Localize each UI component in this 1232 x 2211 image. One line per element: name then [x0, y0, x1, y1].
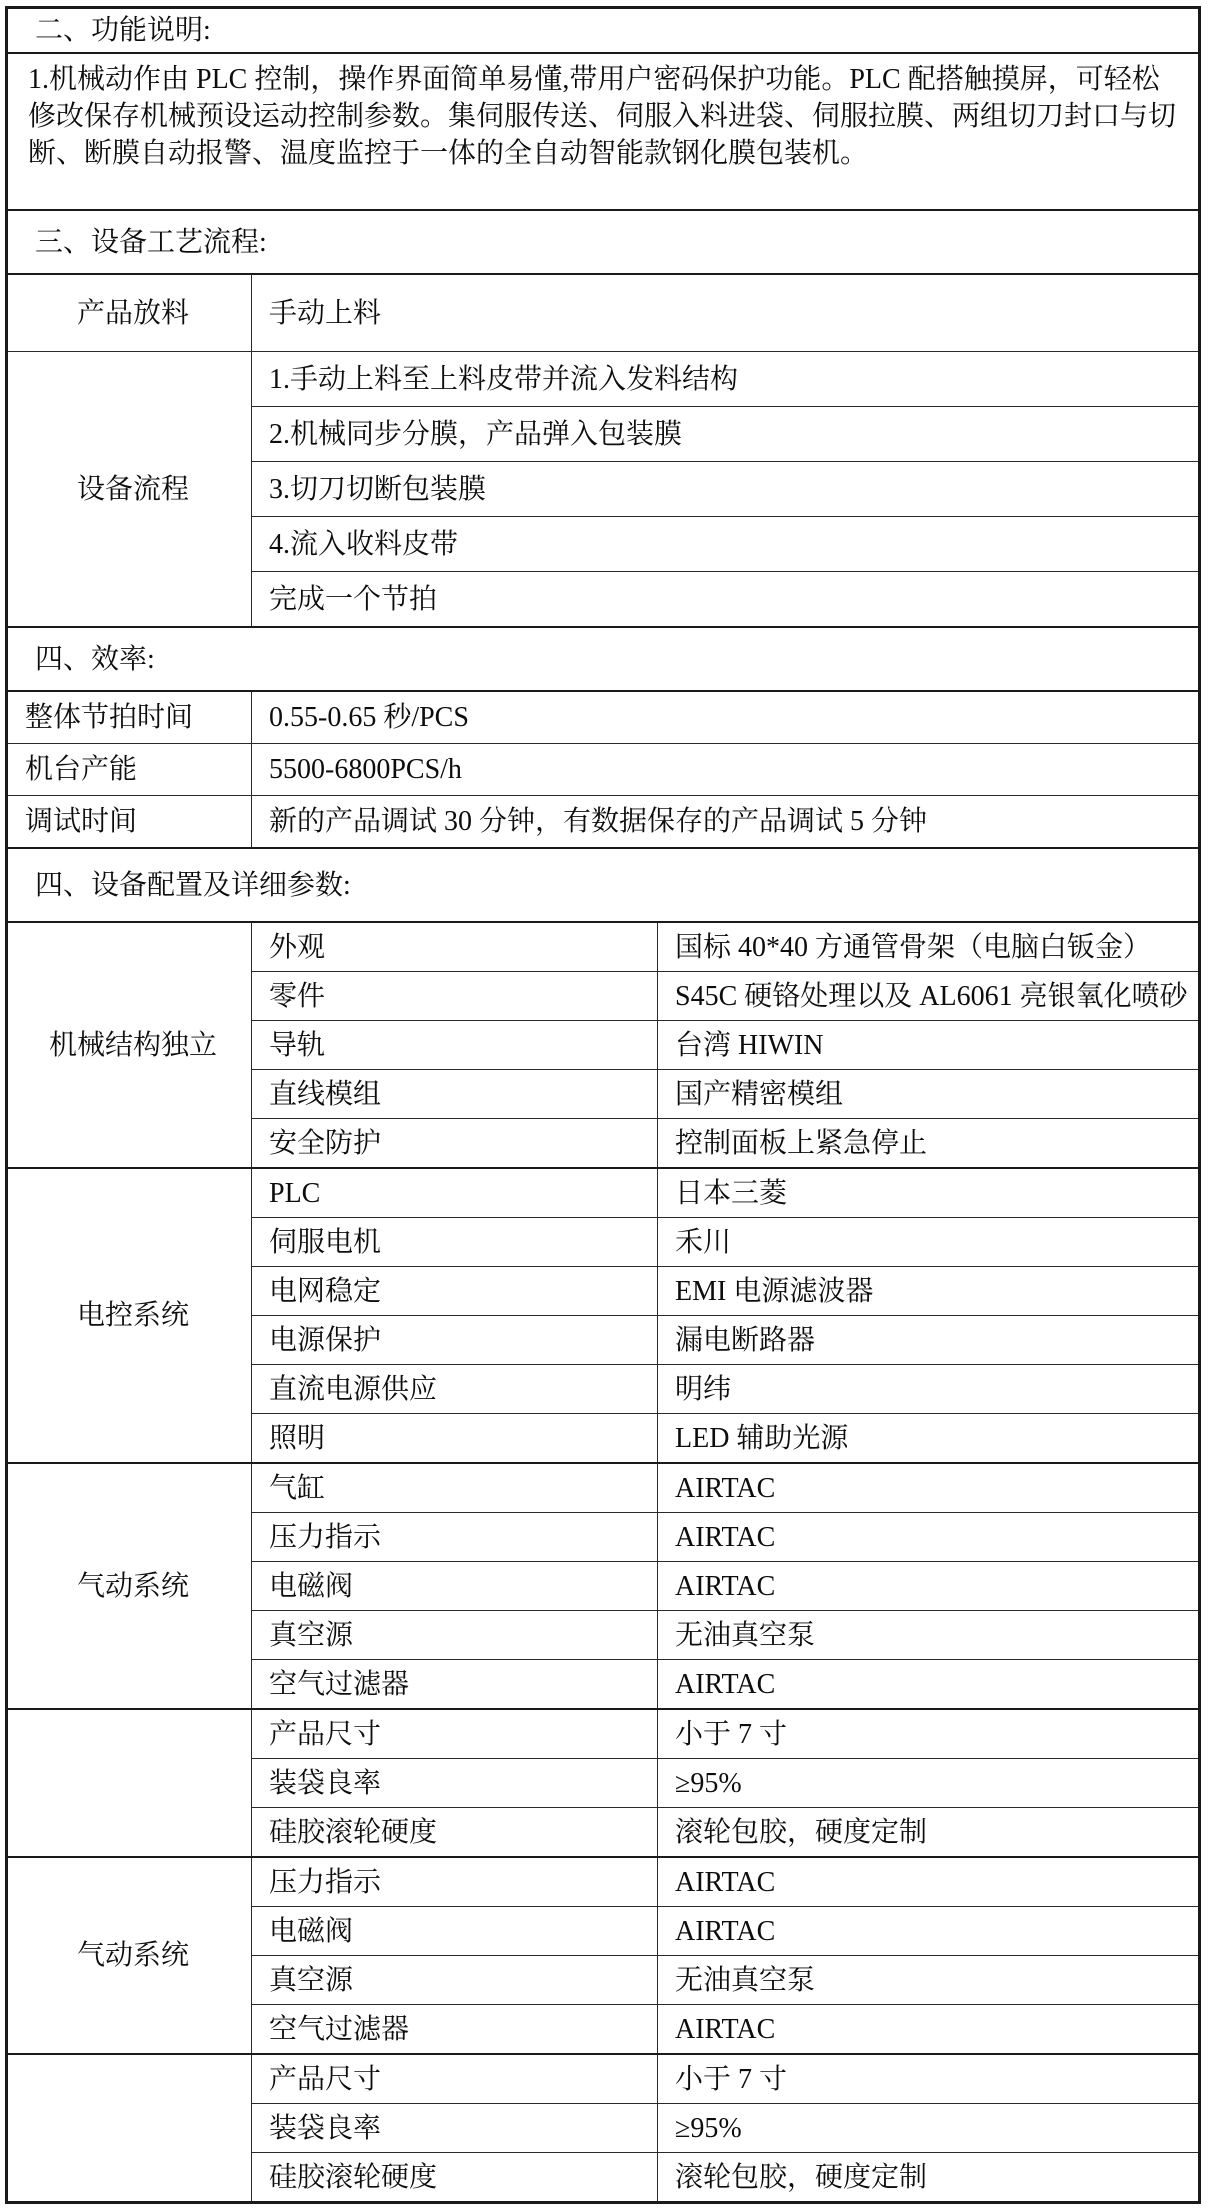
- group-label-cell: 气动系统: [7, 1463, 252, 1709]
- spec-document: 二、功能说明: 1.机械动作由 PLC 控制，操作界面简单易懂,带用户密码保护功…: [0, 0, 1232, 2211]
- row-value-cell: 无油真空泵: [658, 1956, 1200, 2005]
- row-value-cell: LED 辅助光源: [658, 1414, 1200, 1464]
- section-title-config: 四、设备配置及详细参数:: [7, 848, 1200, 922]
- row-label-cell: 调试时间: [7, 796, 252, 849]
- row-value-cell: AIRTAC: [658, 1463, 1200, 1513]
- group-label-cell: 设备流程: [7, 352, 252, 628]
- table-row: 机械结构独立 外观 国标 40*40 方通管骨架（电脑白钣金）: [7, 922, 1200, 972]
- row-value-cell: 台湾 HIWIN: [658, 1021, 1200, 1070]
- row-value-cell: AIRTAC: [658, 2005, 1200, 2055]
- row-value-cell: 日本三菱: [658, 1168, 1200, 1218]
- row-value-cell: 0.55-0.65 秒/PCS: [252, 691, 1200, 744]
- flow-step-cell: 完成一个节拍: [252, 572, 1200, 628]
- row-label-cell: 压力指示: [252, 1513, 658, 1562]
- row-label-cell: 真空源: [252, 1611, 658, 1660]
- table-row: 机台产能 5500-6800PCS/h: [7, 744, 1200, 796]
- row-value-cell: 控制面板上紧急停止: [658, 1119, 1200, 1169]
- row-value-cell: AIRTAC: [658, 1513, 1200, 1562]
- row-value-cell: AIRTAC: [658, 1907, 1200, 1956]
- flow-step-cell: 2.机械同步分膜，产品弹入包装膜: [252, 407, 1200, 462]
- flow-step-cell: 1.手动上料至上料皮带并流入发料结构: [252, 352, 1200, 407]
- group-label-cell: [7, 2054, 252, 2203]
- row-label-cell: 电网稳定: [252, 1267, 658, 1316]
- row-label-cell: 外观: [252, 922, 658, 972]
- table-row: 整体节拍时间 0.55-0.65 秒/PCS: [7, 691, 1200, 744]
- row-label-cell: 空气过滤器: [252, 2005, 658, 2055]
- section-title-process: 三、设备工艺流程:: [7, 210, 1200, 274]
- row-value-cell: 手动上料: [252, 274, 1200, 352]
- row-label-cell: 真空源: [252, 1956, 658, 2005]
- row-label-cell: 照明: [252, 1414, 658, 1464]
- row-value-cell: 明纬: [658, 1365, 1200, 1414]
- table-row: 设备流程 1.手动上料至上料皮带并流入发料结构: [7, 352, 1200, 407]
- row-label-cell: 导轨: [252, 1021, 658, 1070]
- function-description-text: 1.机械动作由 PLC 控制，操作界面简单易懂,带用户密码保护功能。PLC 配搭…: [7, 53, 1200, 210]
- group-label-cell: 电控系统: [7, 1168, 252, 1463]
- row-label-cell: 机台产能: [7, 744, 252, 796]
- row-value-cell: 国标 40*40 方通管骨架（电脑白钣金）: [658, 922, 1200, 972]
- row-value-cell: AIRTAC: [658, 1857, 1200, 1907]
- row-value-cell: ≥95%: [658, 2104, 1200, 2153]
- table-row: 电控系统 PLC 日本三菱: [7, 1168, 1200, 1218]
- row-label-cell: 零件: [252, 972, 658, 1021]
- table-row: 气动系统 压力指示 AIRTAC: [7, 1857, 1200, 1907]
- section-row-efficiency: 四、效率:: [7, 627, 1200, 691]
- row-value-cell: 滚轮包胶，硬度定制: [658, 1808, 1200, 1858]
- row-value-cell: 国产精密模组: [658, 1070, 1200, 1119]
- section-title-function: 二、功能说明:: [7, 8, 1200, 54]
- row-label-cell: 硅胶滚轮硬度: [252, 2153, 658, 2203]
- row-value-cell: 小于 7 寸: [658, 1709, 1200, 1759]
- row-value-cell: 新的产品调试 30 分钟，有数据保存的产品调试 5 分钟: [252, 796, 1200, 849]
- row-value-cell: 小于 7 寸: [658, 2054, 1200, 2104]
- row-label-cell: 硅胶滚轮硬度: [252, 1808, 658, 1858]
- row-label-cell: 电磁阀: [252, 1907, 658, 1956]
- group-label-cell: [7, 1709, 252, 1857]
- table-row: 产品尺寸 小于 7 寸: [7, 1709, 1200, 1759]
- row-label-cell: 产品放料: [7, 274, 252, 352]
- row-value-cell: 滚轮包胶，硬度定制: [658, 2153, 1200, 2203]
- row-value-cell: 5500-6800PCS/h: [252, 744, 1200, 796]
- row-label-cell: 安全防护: [252, 1119, 658, 1169]
- row-label-cell: 装袋良率: [252, 1759, 658, 1808]
- group-label-cell: 机械结构独立: [7, 922, 252, 1168]
- table-row: 气动系统 气缸 AIRTAC: [7, 1463, 1200, 1513]
- section-row-function: 二、功能说明:: [7, 8, 1200, 54]
- row-value-cell: 漏电断路器: [658, 1316, 1200, 1365]
- row-label-cell: 直流电源供应: [252, 1365, 658, 1414]
- row-label-cell: PLC: [252, 1168, 658, 1218]
- row-label-cell: 伺服电机: [252, 1218, 658, 1267]
- row-value-cell: S45C 硬铬处理以及 AL6061 亮银氧化喷砂: [658, 972, 1200, 1021]
- row-label-cell: 压力指示: [252, 1857, 658, 1907]
- row-label-cell: 直线模组: [252, 1070, 658, 1119]
- row-label-cell: 电磁阀: [252, 1562, 658, 1611]
- row-label-cell: 空气过滤器: [252, 1660, 658, 1710]
- row-label-cell: 电源保护: [252, 1316, 658, 1365]
- row-value-cell: AIRTAC: [658, 1660, 1200, 1710]
- table-row: 调试时间 新的产品调试 30 分钟，有数据保存的产品调试 5 分钟: [7, 796, 1200, 849]
- section-row-config: 四、设备配置及详细参数:: [7, 848, 1200, 922]
- group-label-cell: 气动系统: [7, 1857, 252, 2054]
- function-description-row: 1.机械动作由 PLC 控制，操作界面简单易懂,带用户密码保护功能。PLC 配搭…: [7, 53, 1200, 210]
- row-value-cell: AIRTAC: [658, 1562, 1200, 1611]
- section-row-process: 三、设备工艺流程:: [7, 210, 1200, 274]
- flow-step-cell: 3.切刀切断包装膜: [252, 462, 1200, 517]
- flow-step-cell: 4.流入收料皮带: [252, 517, 1200, 572]
- table-row: 产品放料 手动上料: [7, 274, 1200, 352]
- row-value-cell: 禾川: [658, 1218, 1200, 1267]
- row-label-cell: 气缸: [252, 1463, 658, 1513]
- section-title-efficiency: 四、效率:: [7, 627, 1200, 691]
- row-label-cell: 装袋良率: [252, 2104, 658, 2153]
- row-value-cell: ≥95%: [658, 1759, 1200, 1808]
- row-label-cell: 产品尺寸: [252, 2054, 658, 2104]
- table-row: 产品尺寸 小于 7 寸: [7, 2054, 1200, 2104]
- row-value-cell: 无油真空泵: [658, 1611, 1200, 1660]
- row-label-cell: 整体节拍时间: [7, 691, 252, 744]
- row-value-cell: EMI 电源滤波器: [658, 1267, 1200, 1316]
- spec-table: 二、功能说明: 1.机械动作由 PLC 控制，操作界面简单易懂,带用户密码保护功…: [5, 6, 1201, 2204]
- row-label-cell: 产品尺寸: [252, 1709, 658, 1759]
